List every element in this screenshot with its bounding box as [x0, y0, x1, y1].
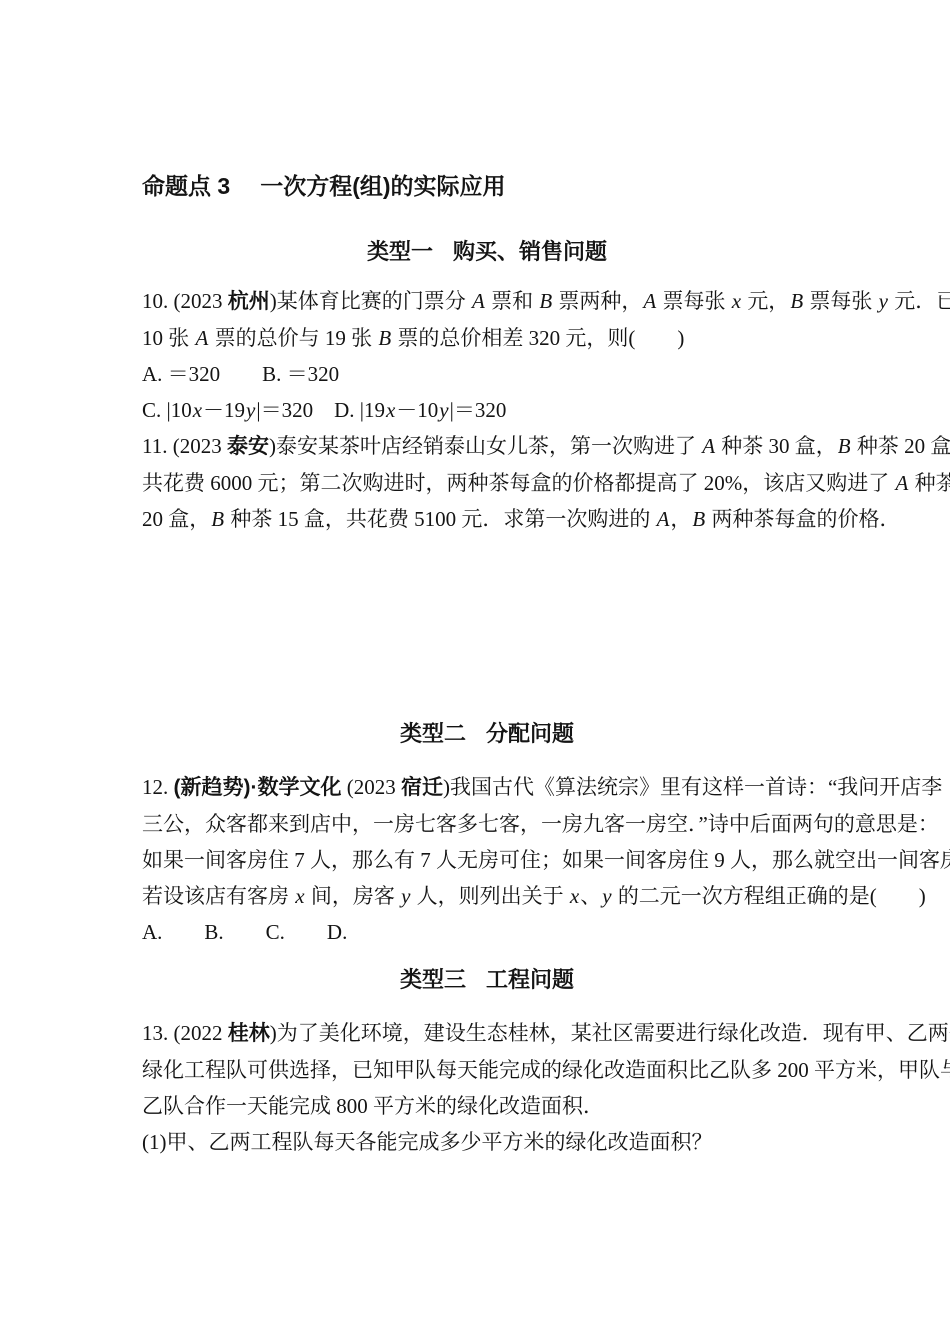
text-segment: B — [837, 434, 852, 458]
text-segment: B — [210, 507, 225, 531]
text-segment: y — [438, 398, 449, 422]
problem-13-line-3: 乙队合作一天能完成 800 平方米的绿化改造面积． — [142, 1088, 832, 1124]
problem-13: 13. (2022 桂林)为了美化环境，建设生态桂林，某社区需要进行绿化改造．现… — [142, 1015, 832, 1160]
problem-12-line-4: 若设该店有客房 x 间，房客 y 人，则列出关于 x、y 的二元一次方程组正确的… — [142, 878, 832, 914]
text-segment: 11. (2023 — [142, 434, 227, 458]
text-segment: 票每张 — [804, 289, 878, 313]
problem-10-line-1: 10. (2023 杭州)某体育比赛的门票分 A 票和 B 票两种，A 票每张 … — [142, 283, 832, 320]
problem-10: 10. (2023 杭州)某体育比赛的门票分 A 票和 B 票两种，A 票每张 … — [142, 283, 832, 428]
text-segment: (新趋势)·数学文化 — [174, 776, 342, 799]
text-segment: B — [789, 289, 804, 313]
text-segment: 元， — [742, 289, 789, 313]
text-segment: 10. (2023 — [142, 289, 228, 313]
text-segment: 的二元一次方程组正确的是( ) — [613, 884, 926, 908]
text-segment: |＝320 D. |19 — [256, 398, 385, 422]
text-segment: |＝320 — [450, 398, 507, 422]
section-tag: 类型一 — [367, 239, 433, 264]
text-segment: 乙队合作一天能完成 800 平方米的绿化改造面积． — [142, 1094, 604, 1118]
text-segment: 种茶 30 盒， — [716, 434, 837, 458]
problem-12-line-3: 如果一间客房住 7 人，那么有 7 人无房可住；如果一间客房住 9 人，那么就空… — [142, 842, 832, 878]
problem-11: 11. (2023 泰安)泰安某茶叶店经销泰山女儿茶，第一次购进了 A 种茶 3… — [142, 428, 832, 537]
problem-10-options-cd: C. |10x－19y|＝320 D. |19x－10y|＝320 — [142, 392, 832, 428]
section-tag: 类型三 — [400, 967, 466, 992]
problem-12-line-2: 三公，众客都来到店中，一房七客多七客，一房九客一房空．”诗中后面两句的意思是： — [142, 806, 832, 842]
text-segment: 10 张 — [142, 326, 195, 350]
text-segment: B — [377, 326, 392, 350]
text-segment: B — [691, 507, 706, 531]
text-segment: y — [601, 884, 612, 908]
text-segment: x — [385, 398, 396, 422]
problem-11-line-2: 共花费 6000 元；第二次购进时，两种茶每盒的价格都提高了 20%，该店又购进… — [142, 465, 832, 501]
problem-11-line-3: 20 盒，B 种茶 15 盒，共花费 5100 元．求第一次购进的 A，B 两种… — [142, 501, 832, 537]
text-segment: 两种茶每盒的价格． — [706, 507, 900, 531]
problem-12: 12. (新趋势)·数学文化 (2023 宿迁)我国古代《算法统宗》里有这样一首… — [142, 769, 832, 950]
text-segment: )某体育比赛的门票分 — [270, 289, 471, 313]
text-segment: 宿迁 — [401, 776, 443, 799]
text-segment: 绿化工程队可供选择，已知甲队每天能完成的绿化改造面积比乙队多 200 平方米，甲… — [142, 1058, 950, 1082]
topic-title: 一次方程(组)的实际应用 — [260, 173, 505, 199]
text-segment: 13. (2022 — [142, 1021, 228, 1045]
text-segment: 间，房客 — [306, 884, 401, 908]
topic-number-label: 命题点 3 — [142, 173, 230, 199]
problem-13-line-2: 绿化工程队可供选择，已知甲队每天能完成的绿化改造面积比乙队多 200 平方米，甲… — [142, 1052, 832, 1088]
text-segment: A — [701, 434, 716, 458]
text-segment: 种茶 15 盒，共花费 5100 元．求第一次购进的 — [225, 507, 656, 531]
text-segment: (1)甲、乙两工程队每天各能完成多少平方米的绿化改造面积？ — [142, 1130, 712, 1154]
text-segment: A — [642, 289, 657, 313]
section-title: 购买、销售问题 — [453, 239, 607, 264]
problem-12-options-abcd: A. B. C. D. — [142, 914, 832, 950]
text-segment: 12. — [142, 775, 174, 799]
text-segment: A — [471, 289, 486, 313]
text-segment: A — [195, 326, 210, 350]
text-segment: (2023 — [341, 775, 401, 799]
text-segment: y — [400, 884, 411, 908]
section-title: 工程问题 — [486, 967, 574, 992]
text-segment: －19 — [203, 398, 245, 422]
section-title: 分配问题 — [486, 721, 574, 746]
text-segment: －10 — [396, 398, 438, 422]
text-segment: ， — [670, 507, 691, 531]
section-heading-type1: 类型一购买、销售问题 — [142, 239, 832, 265]
section-heading-type2: 类型二分配问题 — [142, 721, 832, 747]
text-segment: 三公，众客都来到店中，一房七客多七客，一房九客一房空．”诗中后面两句的意思是： — [142, 812, 939, 836]
problem-10-options-ab: A. ＝320 B. ＝320 — [142, 356, 832, 392]
section-tag: 类型二 — [400, 721, 466, 746]
text-segment: 票和 — [486, 289, 539, 313]
section-heading-type3: 类型三工程问题 — [142, 967, 832, 993]
text-segment: )为了美化环境，建设生态桂林，某社区需要进行绿化改造．现有甲、乙两个 — [270, 1021, 950, 1045]
text-segment: )我国古代《算法统宗》里有这样一首诗：“我问开店李 — [443, 775, 942, 799]
page-title: 命题点 3一次方程(组)的实际应用 — [142, 172, 832, 200]
problem-13-part-1: (1)甲、乙两工程队每天各能完成多少平方米的绿化改造面积？ — [142, 1124, 832, 1160]
problem-13-line-1: 13. (2022 桂林)为了美化环境，建设生态桂林，某社区需要进行绿化改造．现… — [142, 1015, 832, 1052]
text-segment: 票的总价与 19 张 — [209, 326, 377, 350]
text-segment: 种茶 20 盒， — [852, 434, 950, 458]
text-segment: B — [538, 289, 553, 313]
problem-11-line-1: 11. (2023 泰安)泰安某茶叶店经销泰山女儿茶，第一次购进了 A 种茶 3… — [142, 428, 832, 465]
text-segment: 票的总价相差 320 元，则( ) — [392, 326, 684, 350]
text-segment: 共花费 6000 元；第二次购进时，两种茶每盒的价格都提高了 20%，该店又购进… — [142, 471, 895, 495]
text-segment: 元．已知 — [889, 289, 950, 313]
text-segment: )泰安某茶叶店经销泰山女儿茶，第一次购进了 — [269, 434, 701, 458]
text-segment: A. B. C. D. — [142, 920, 347, 944]
problem-10-line-2: 10 张 A 票的总价与 19 张 B 票的总价相差 320 元，则( ) — [142, 320, 832, 356]
text-segment: A — [656, 507, 671, 531]
text-segment: 人，则列出关于 — [411, 884, 569, 908]
text-segment: A. ＝320 B. ＝320 — [142, 362, 339, 386]
text-segment: 种茶 — [909, 471, 950, 495]
text-segment: 、 — [580, 884, 601, 908]
text-segment: 票每张 — [657, 289, 731, 313]
text-segment: 若设该店有客房 — [142, 884, 294, 908]
text-segment: 泰安 — [227, 435, 269, 458]
text-segment: 杭州 — [228, 290, 270, 313]
text-segment: x — [731, 289, 742, 313]
text-segment: y — [878, 289, 889, 313]
problem-12-line-1: 12. (新趋势)·数学文化 (2023 宿迁)我国古代《算法统宗》里有这样一首… — [142, 769, 832, 806]
text-segment: x — [294, 884, 305, 908]
text-segment: 票两种， — [553, 289, 642, 313]
text-segment: 20 盒， — [142, 507, 210, 531]
text-segment: y — [245, 398, 256, 422]
worksheet-page: 命题点 3一次方程(组)的实际应用 类型一购买、销售问题 10. (2023 杭… — [0, 0, 950, 1344]
text-segment: 如果一间客房住 7 人，那么有 7 人无房可住；如果一间客房住 9 人，那么就空… — [142, 848, 950, 872]
text-segment: x — [569, 884, 580, 908]
text-segment: 桂林 — [228, 1022, 270, 1045]
text-segment: x — [192, 398, 203, 422]
text-segment: A — [895, 471, 910, 495]
text-segment: C. |10 — [142, 398, 192, 422]
